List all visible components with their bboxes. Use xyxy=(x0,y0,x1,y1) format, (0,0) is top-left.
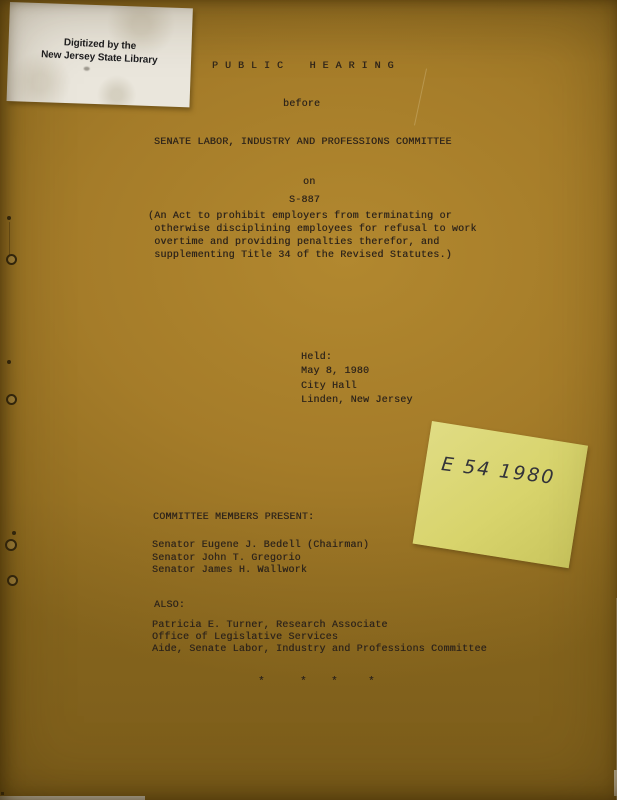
members-heading: COMMITTEE MEMBERS PRESENT: xyxy=(153,512,314,525)
bill-number: S-887 xyxy=(289,195,320,208)
binding-hole xyxy=(7,575,18,586)
handwritten-call-number: E 54 1980 xyxy=(440,453,556,489)
act-description: (An Act to prohibit employers from termi… xyxy=(148,211,477,263)
held-location: Linden, New Jersey xyxy=(301,394,413,408)
binding-hole xyxy=(6,254,17,265)
page-title: P U B L I C H E A R I N G xyxy=(212,61,394,74)
also-line: Patricia E. Turner, Research Associate xyxy=(152,620,487,632)
member-line: Senator Eugene J. Bedell (Chairman) xyxy=(152,540,369,553)
committee-name: SENATE LABOR, INDUSTRY AND PROFESSIONS C… xyxy=(154,137,452,150)
also-line: Office of Legislative Services xyxy=(152,632,487,644)
held-venue: City Hall xyxy=(301,380,413,394)
on-text: on xyxy=(303,177,315,190)
member-line: Senator James H. Wallwork xyxy=(152,565,369,578)
binding-hole xyxy=(6,394,17,405)
scanned-cover-page: Digitized by the New Jersey State Librar… xyxy=(0,0,617,800)
members-list: Senator Eugene J. Bedell (Chairman) Sena… xyxy=(152,540,369,578)
digitized-sticker: Digitized by the New Jersey State Librar… xyxy=(7,2,193,107)
binding-hole xyxy=(5,539,17,551)
held-block: Held: May 8, 1980 City Hall Linden, New … xyxy=(301,351,413,409)
binding-hole xyxy=(12,531,16,535)
member-line: Senator John T. Gregorio xyxy=(152,553,369,566)
star-glyph: * xyxy=(331,676,338,688)
digitized-sticker-text: Digitized by the New Jersey State Librar… xyxy=(41,35,159,67)
held-label: Held: xyxy=(301,351,413,365)
scratch-mark xyxy=(414,69,427,126)
sticky-note: E 54 1980 xyxy=(413,421,588,568)
star-glyph: * xyxy=(368,676,375,688)
binding-hole xyxy=(7,216,11,220)
also-list: Patricia E. Turner, Research Associate O… xyxy=(152,620,487,657)
also-line: Aide, Senate Labor, Industry and Profess… xyxy=(152,644,487,656)
scan-edge-strip xyxy=(0,796,145,800)
also-heading: ALSO: xyxy=(154,600,185,613)
scratch-mark xyxy=(9,222,10,255)
binding-hole xyxy=(7,360,11,364)
star-glyph: * xyxy=(300,676,307,688)
held-date: May 8, 1980 xyxy=(301,365,413,379)
footer-stars: * * * * xyxy=(0,676,617,690)
before-text: before xyxy=(283,99,320,112)
corner-speck xyxy=(1,792,4,795)
star-glyph: * xyxy=(258,676,265,688)
ink-smudge xyxy=(84,67,90,71)
